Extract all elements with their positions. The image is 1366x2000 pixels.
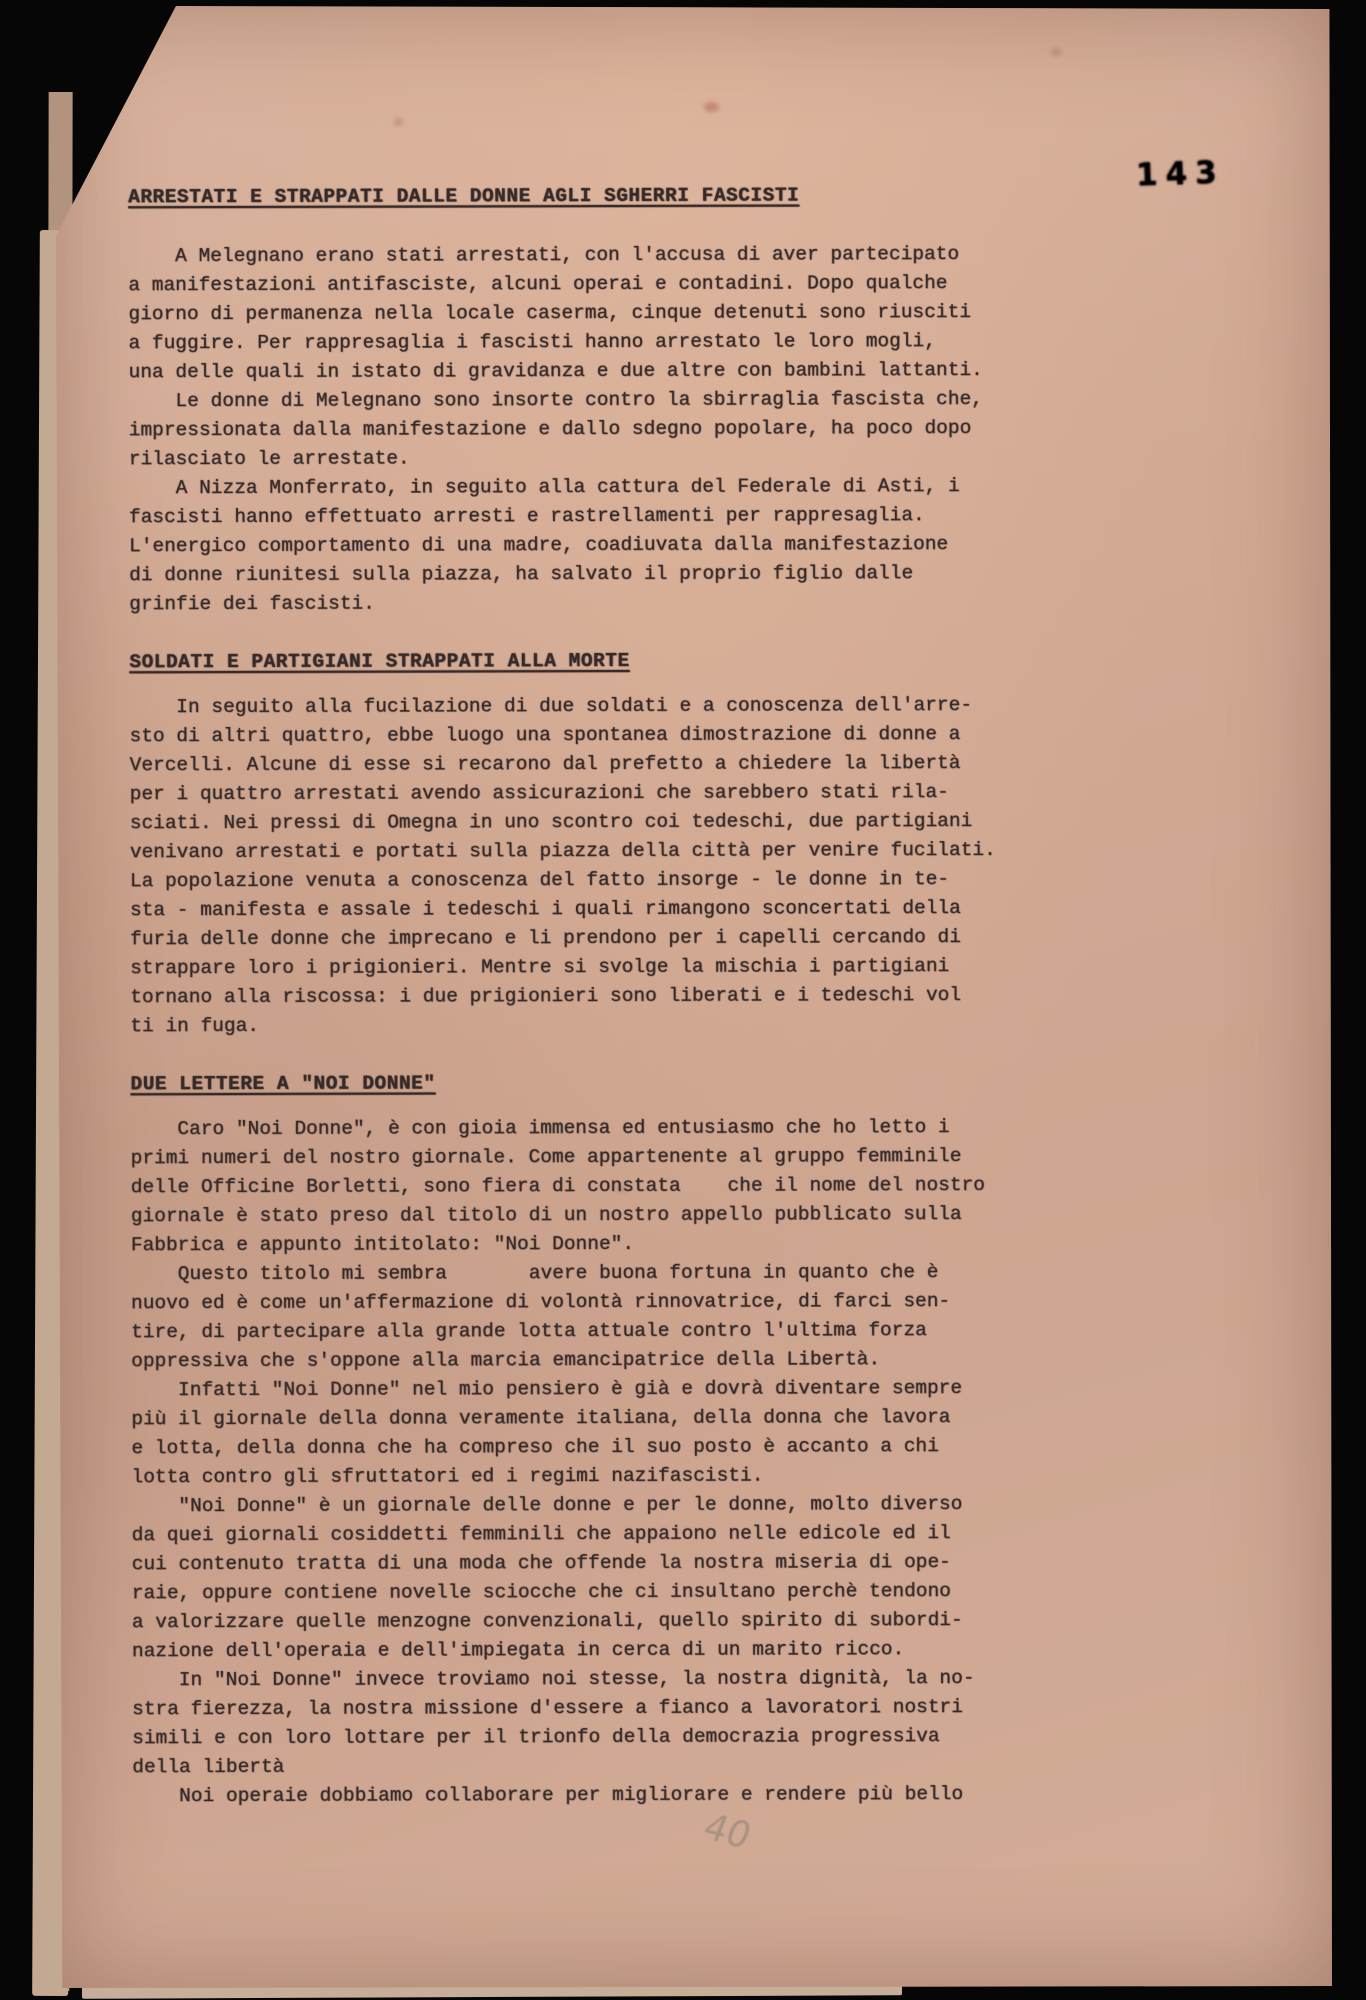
text-line: sciati. Nei pressi di Omegna in uno scon… <box>130 807 1090 839</box>
text-line: tire, di partecipare alla grande lotta a… <box>131 1316 1091 1348</box>
text-line: delle Officine Borletti, sono fiera di c… <box>131 1171 1091 1203</box>
text-line: di donne riunitesi sulla piazza, ha salv… <box>129 559 1089 591</box>
text-line: tornano alla riscossa: i due prigionieri… <box>130 981 1090 1013</box>
document-body: ARRESTATI E STRAPPATI DALLE DONNE AGLI S… <box>128 5 1093 1812</box>
text-line: a valorizzare quelle menzogne convenzion… <box>132 1606 1092 1638</box>
text-line: stra fierezza, la nostra missione d'esse… <box>132 1693 1092 1725</box>
text-line: venivano arrestati e portati sulla piazz… <box>130 836 1090 868</box>
text-line: grinfie dei fascisti. <box>129 588 1089 620</box>
text-line: Le donne di Melegnano sono insorte contr… <box>129 385 1089 417</box>
page-number-stamp: 143 <box>1136 154 1226 193</box>
text-line: da quei giornali cosiddetti femminili ch… <box>132 1519 1092 1551</box>
text-line: della libertà <box>132 1751 1092 1783</box>
paper-sheet: 143 ARRESTATI E STRAPPATI DALLE DONNE AG… <box>56 6 1332 1988</box>
text-line: primi numeri del nostro giornale. Come a… <box>131 1142 1091 1174</box>
text-line: giornale è stato preso dal titolo di un … <box>131 1200 1091 1232</box>
text-line: "Noi Donne" è un giornale delle donne e … <box>132 1490 1092 1522</box>
text-line: Caro "Noi Donne", è con gioia immensa ed… <box>131 1113 1091 1145</box>
text-line: oppressiva che s'oppone alla marcia eman… <box>131 1345 1091 1377</box>
text-line: più il giornale della donna veramente it… <box>131 1403 1091 1435</box>
text-line: a manifestazioni antifasciste, alcuni op… <box>128 269 1088 301</box>
text-line: una delle quali in istato di gravidanza … <box>129 356 1089 388</box>
text-line: fascisti hanno effettuato arresti e rast… <box>129 501 1089 533</box>
text-line: furia delle donne che imprecano e li pre… <box>130 923 1090 955</box>
text-line: cui contenuto tratta di una moda che off… <box>132 1548 1092 1580</box>
text-line: nazione dell'operaia e dell'impiegata in… <box>132 1635 1092 1667</box>
section-heading: DUE LETTERE A "NOI DONNE" <box>130 1068 1090 1100</box>
text-line: impressionata dalla manifestazione e dal… <box>129 414 1089 446</box>
scanned-document-photo: { "page": { "page_number": "143", "handw… <box>0 0 1366 2000</box>
handwritten-pencil-note: 40 <box>697 1808 756 1858</box>
text-line: nuovo ed è come un'affermazione di volon… <box>131 1287 1091 1319</box>
text-line: sto di altri quattro, ebbe luogo una spo… <box>130 720 1090 752</box>
text-line: ti in fuga. <box>130 1010 1090 1042</box>
text-line: A Melegnano erano stati arrestati, con l… <box>128 240 1088 272</box>
text-line: L'energico comportamento di una madre, c… <box>129 530 1089 562</box>
text-line: raie, oppure contiene novelle sciocche c… <box>132 1577 1092 1609</box>
text-line: rilasciato le arrestate. <box>129 443 1089 475</box>
text-line: A Nizza Monferrato, in seguito alla catt… <box>129 472 1089 504</box>
text-line: In "Noi Donne" invece troviamo noi stess… <box>132 1664 1092 1696</box>
text-line: Noi operaie dobbiamo collaborare per mig… <box>132 1780 1092 1812</box>
section-heading: ARRESTATI E STRAPPATI DALLE DONNE AGLI S… <box>128 181 1088 213</box>
text-line: sta - manifesta e assale i tedeschi i qu… <box>130 894 1090 926</box>
text-line: a fuggire. Per rappresaglia i fascisti h… <box>128 327 1088 359</box>
text-line: strappare loro i prigionieri. Mentre si … <box>130 952 1090 984</box>
text-line: Vercelli. Alcune di esse si recarono dal… <box>130 749 1090 781</box>
text-line: In seguito alla fucilazione di due solda… <box>129 691 1089 723</box>
text-line: Fabbrica e appunto intitolato: "Noi Donn… <box>131 1229 1091 1261</box>
text-line: simili e con loro lottare per il trionfo… <box>132 1722 1092 1754</box>
text-line: La popolazione venuta a conoscenza del f… <box>130 865 1090 897</box>
text-line: Infatti "Noi Donne" nel mio pensiero è g… <box>131 1374 1091 1406</box>
text-line: giorno di permanenza nella locale caserm… <box>128 298 1088 330</box>
text-line: lotta contro gli sfruttatori ed i regimi… <box>131 1461 1091 1493</box>
text-line: Questo titolo mi sembra avere buona fort… <box>131 1258 1091 1290</box>
text-line: e lotta, della donna che ha compreso che… <box>131 1432 1091 1464</box>
text-line: per i quattro arrestati avendo assicuraz… <box>130 778 1090 810</box>
section-heading: SOLDATI E PARTIGIANI STRAPPATI ALLA MORT… <box>129 646 1089 678</box>
